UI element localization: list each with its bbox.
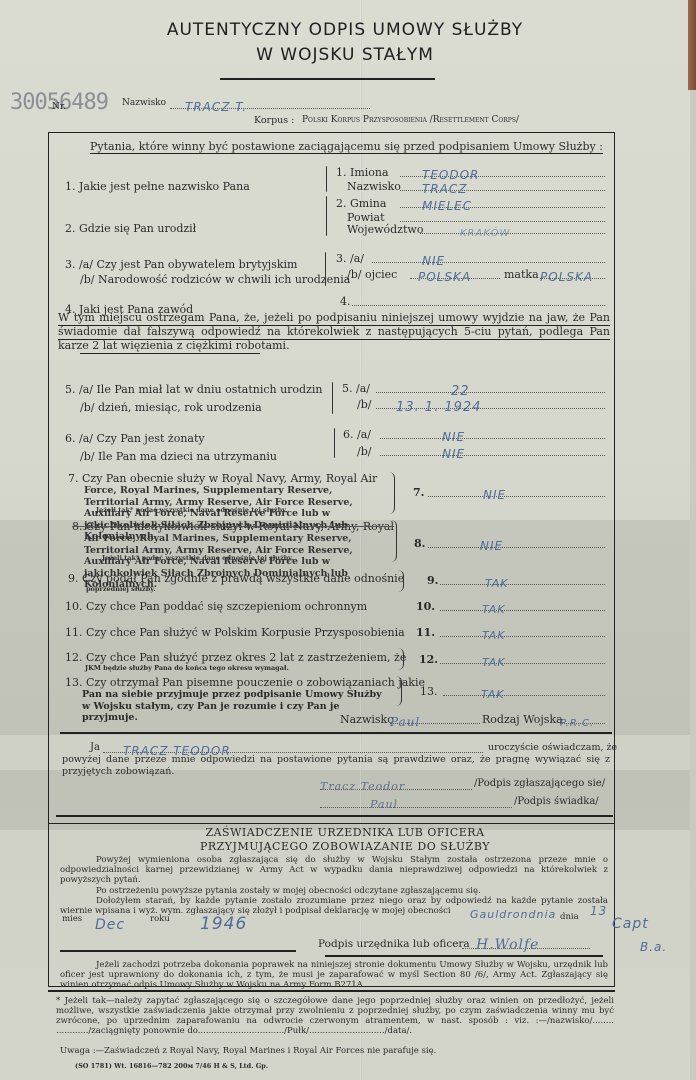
q9-label: 9. [427,574,438,587]
interviewer-surname-label: Nazwisko [340,713,394,726]
q11-question: 11. Czy chce Pan służyć w Polskim Korpus… [65,626,405,639]
officer-signature: H.Wolfe [476,937,539,953]
brace [332,382,333,414]
surname-label: Nazwisko [122,98,166,108]
certificate-para1: Powyżej wymieniona osoba zgłaszająca się… [60,855,608,885]
q12-question: 12. Czy chce Pan służyć przez okres 2 la… [65,651,406,664]
warning-underline [58,339,610,340]
q3-father-field: POLSKA [410,266,500,279]
q1-first-names-label: 1. Imiona [336,166,389,179]
q7-label: 7. [413,486,424,499]
q13-field: TAK [443,683,605,696]
q3-mother-field: POLSKA [540,266,605,279]
q12-question-detail: JKM będzie służby Pana do końca tego okr… [85,665,289,673]
q4-label: 4. [340,295,351,308]
brace [334,428,335,458]
applicant-signature: Tracz Teodor [320,780,405,793]
mies-label: mies [62,914,82,924]
officer-signature-label: Podpis urzędnika lub oficera [318,938,470,950]
declaration-text: powyżej dane przeze mnie odpowiedzi na p… [62,754,610,777]
q3-father-label: /b/ ojciec [347,268,397,281]
margin-note-initials: B.a. [640,940,667,954]
q10-label: 10. [416,600,435,613]
certificate-para2: Po ostrzeżeniu powyższe pytania zostały … [60,886,608,896]
brace [390,520,397,562]
q6-a-value: NIE [442,430,465,444]
corps-value: Polski Korpus Przysposobienia /Resettlem… [302,115,519,125]
margin-note-rank: Capt [612,916,649,932]
q4-field [352,293,605,306]
q13-value: TAK [481,688,504,701]
section-divider [60,732,612,734]
q1-question: 1. Jakie jest pełne nazwisko Pana [65,180,250,193]
corps-label: Korpus : [254,115,294,126]
q6-b-label: /b/ [357,445,371,458]
day-value: 13 [590,904,607,918]
witness-signature-field: Paul [320,793,512,808]
witness-signature: Paul [370,798,398,811]
brace [326,166,327,192]
q6-a-field: NIE [380,426,605,439]
q1-surname-field: TRACZ [400,178,605,191]
q7-question-note: Jeżeli tak* podać wszystkie dane odnośni… [96,507,287,515]
brace [398,570,404,592]
q6-question-b: /b/ Ile Pan ma dzieci na utrzymaniu [80,450,277,463]
dnia-label: dnia [560,912,579,922]
q3-mother-value: POLSKA [540,270,593,284]
q2-wojewodztwo-field: KRAKÓW [420,221,605,234]
q9-value: TAK [485,577,508,590]
q6-a-label: 6. /a/ [343,428,371,441]
witness-signature-label: /Podpis świadka/ [514,796,599,807]
q7-field: NIE [428,484,605,497]
q12-value: TAK [482,656,505,669]
document-title-line2: W WOJSKU STAŁYM [0,45,690,65]
title-underline [220,78,435,80]
q5-b-label: /b/ [357,398,371,411]
q3-father-value: POLSKA [418,270,471,284]
month-value: Dec [95,917,125,933]
q5-a-label: 5. /a/ [342,382,370,395]
q6-b-value: NIE [442,447,465,461]
branch-value: P.R.C. [560,718,594,729]
questions-heading: Pytania, które winny być postawione zaci… [90,140,603,154]
q1-surname-label: Nazwisko [347,180,401,193]
brace [325,252,326,286]
branch-label: Rodzaj Wojska [482,713,563,726]
applicant-signature-field: Tracz Teodor [320,775,472,790]
q6-question-a: 6. /a/ Czy Pan jest żonaty [65,432,205,445]
q11-value: TAK [482,629,505,642]
q10-value: TAK [482,603,505,616]
q10-field: TAK [440,598,605,611]
interviewer-signature: Paul [390,715,420,729]
q11-field: TAK [440,624,605,637]
section-divider [56,815,613,817]
q1-surname-value: TRACZ [422,182,467,196]
brace [398,648,404,670]
warning-underline [58,325,610,326]
nr-label: Nr. [52,102,66,112]
q9-question: 9. Czy podał Pan zgodnie z prawdą wszyst… [68,572,404,585]
surname-field: TRACZ T. [170,96,370,109]
declaration-ja-label: Ja [90,742,100,753]
q8-field: NIE [428,535,605,548]
q2-question: 2. Gdzie się Pan urodził [65,222,196,235]
year-value: 1946 [200,914,247,934]
q11-label: 11. [416,626,435,639]
applicant-signature-label: /Podpis zgłaszającego sie/ [474,778,605,789]
q1-first-names-field: TEODOR [400,164,605,177]
document-title-line1: AUTENTYCZNY ODPIS UMOWY SŁUŻBY [0,20,690,40]
declaration-name-field: TRACZ TEODOR [103,740,483,753]
section-divider [325,955,603,957]
certificate-title-line1: ZAŚWIADCZENIE URZEDNIKA LUB OFICERA [0,826,690,839]
perjury-warning: W tym miejscu ostrzegam Pana, że, jeżeli… [58,311,610,353]
q5-b-field: 13. 1. 1924 [376,396,605,409]
q5-b-value: 13. 1. 1924 [396,400,481,415]
q13-label: 13. [420,685,438,698]
section-divider [48,990,615,992]
q2-wojewodztwo-value: KRAKÓW [460,228,510,239]
q3-mother-label: matka [504,268,539,281]
q5-a-field: 22 [376,380,605,393]
q5-question-b: /b/ dzień, miesiąc, rok urodzenia [80,401,262,414]
branch-field: P.R.C. [560,711,605,724]
q8-question-note: Jeżeli tak* podać wszystkie dane odnośni… [102,555,293,563]
officer-signature-field: H.Wolfe [462,934,590,949]
corrections-note: Jeżeli zachodzi potrzeba dokonania popra… [60,960,608,990]
brace [388,472,395,514]
brace [326,196,327,236]
q2-gmina-field: MIELEC [400,195,605,208]
place-value: Gauldrondnia [470,908,556,921]
q7-question: 7. Czy Pan obecnie służy w Royal Navy, A… [68,472,377,485]
q9-field: TAK [440,572,605,585]
q12-field: TAK [440,651,605,664]
certificate-title-line2: PRZYJMUJĄCEGO ZOBOWIAZANIE DO SŁUŻBY [0,840,690,853]
q3-question-b: /b/ Narodowość rodziców w chwili ich uro… [80,273,350,286]
q8-label: 8. [414,537,425,550]
declaration-text-after-name: uroczyście oświadczam, że [488,742,617,753]
q8-question: 8. Czy Pan kiedykolwiek służył w Royal N… [72,520,394,533]
printer-imprint: (SO 1781) Wt. 16816—782 200м 7/46 H & S,… [75,1062,268,1070]
q5-question-a: 5. /a/ Ile Pan miał lat w dniu ostatnich… [65,383,323,396]
q6-b-field: NIE [380,443,605,456]
footnote: * Jeżeli tak—należy zapytać zgłaszająceg… [56,996,614,1036]
warning-underline [80,353,260,354]
q2-gmina-label: 2. Gmina [336,197,386,210]
brace [396,676,402,706]
section-divider [60,950,296,952]
q13-question: 13. Czy otrzymał Pan pisemne pouczenie o… [65,676,425,689]
q8-value: NIE [480,539,503,553]
q3-question-a: 3. /a/ Czy jest Pan obywatelem brytyjski… [65,258,297,271]
q3-a-label: 3. /a/ [336,252,364,265]
q9-question-detail: poprzedniej służby. [86,586,156,594]
q10-question: 10. Czy chce Pan poddać się szczepieniom… [65,600,367,613]
surname-value: TRACZ T. [185,100,247,114]
q3-a-field: NIE [372,250,605,263]
q7-value: NIE [483,488,506,502]
remark: Uwaga :—Zaświadczeń z Royal Navy, Royal … [60,1046,436,1056]
q2-wojewodztwo-label: Województwo [347,223,423,236]
interviewer-signature-field: Paul [390,711,480,724]
q12-label: 12. [419,653,438,666]
roku-label: roku [150,914,170,924]
